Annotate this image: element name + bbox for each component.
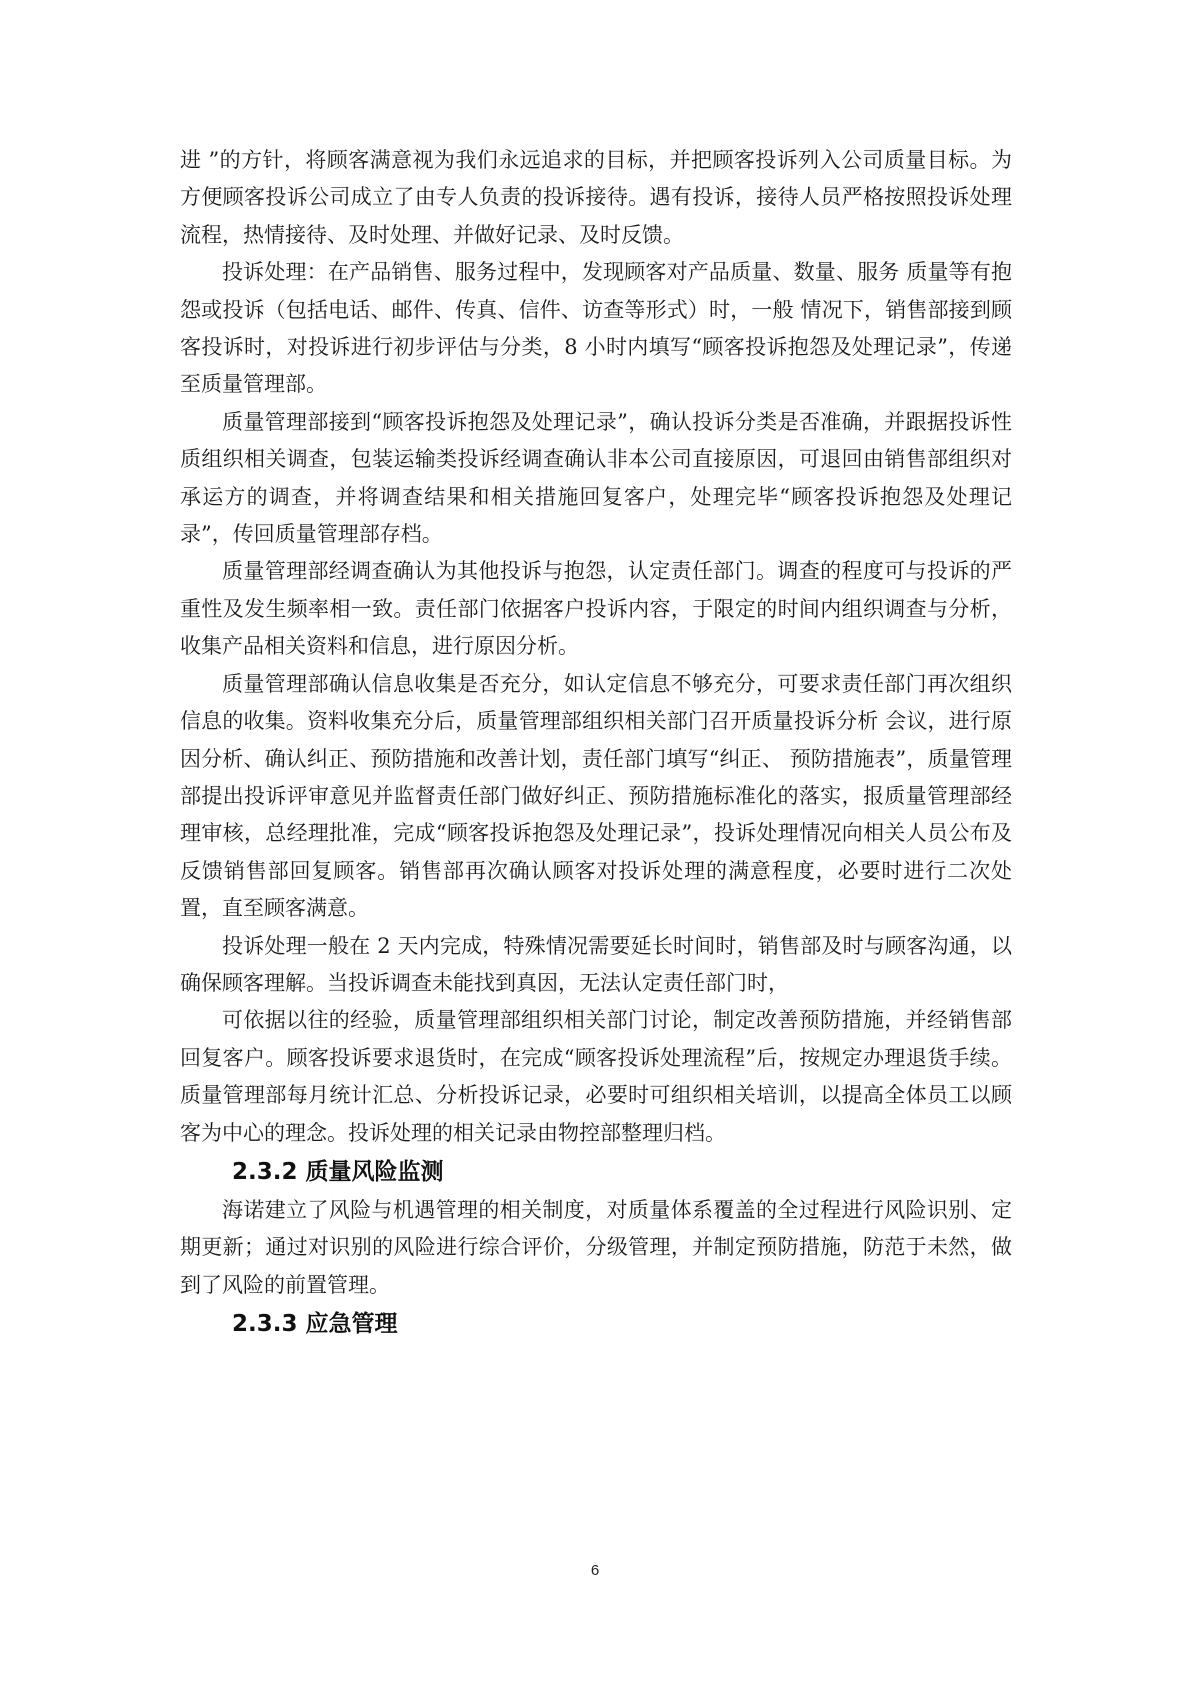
paragraph-complaint-policy: 进 ”的方针，将顾客满意视为我们永远追求的目标，并把顾客投诉列入公司质量目标。为… [180,142,1012,254]
document-body: 进 ”的方针，将顾客满意视为我们永远追求的目标，并把顾客投诉列入公司质量目标。为… [180,142,1012,1344]
paragraph-responsibility-dept: 质量管理部经调查确认为其他投诉与抱怨，认定责任部门。调查的程度可与投诉的严重性及… [180,553,1012,665]
paragraph-quality-dept-receipt: 质量管理部接到“顾客投诉抱怨及处理记录”，确认投诉分类是否准确，并跟据投诉性质组… [180,404,1012,554]
paragraph-risk-management: 海诺建立了风险与机遇管理的相关制度，对质量体系覆盖的全过程进行风险识别、定期更新… [180,1192,1012,1304]
section-heading-emergency-management: 2.3.3 应急管理 [180,1304,1012,1344]
paragraph-complaint-handling: 投诉处理：在产品销售、服务过程中，发现顾客对产品质量、数量、服务 质量等有抱怨或… [180,254,1012,404]
paragraph-handling-timeframe: 投诉处理一般在 2 天内完成，特殊情况需要延长时间时，销售部及时与顾客沟通，以确… [180,928,1012,1003]
section-heading-quality-risk-monitoring: 2.3.2 质量风险监测 [180,1152,1012,1192]
page-number: 6 [0,1562,1190,1579]
paragraph-returns-and-archiving: 可依据以往的经验，质量管理部组织相关部门讨论，制定改善预防措施，并经销售部回复客… [180,1002,1012,1152]
paragraph-information-collection: 质量管理部确认信息收集是否充分，如认定信息不够充分，可要求责任部门再次组织信息的… [180,666,1012,928]
document-page: 进 ”的方针，将顾客满意视为我们永远追求的目标，并把顾客投诉列入公司质量目标。为… [0,0,1190,1683]
